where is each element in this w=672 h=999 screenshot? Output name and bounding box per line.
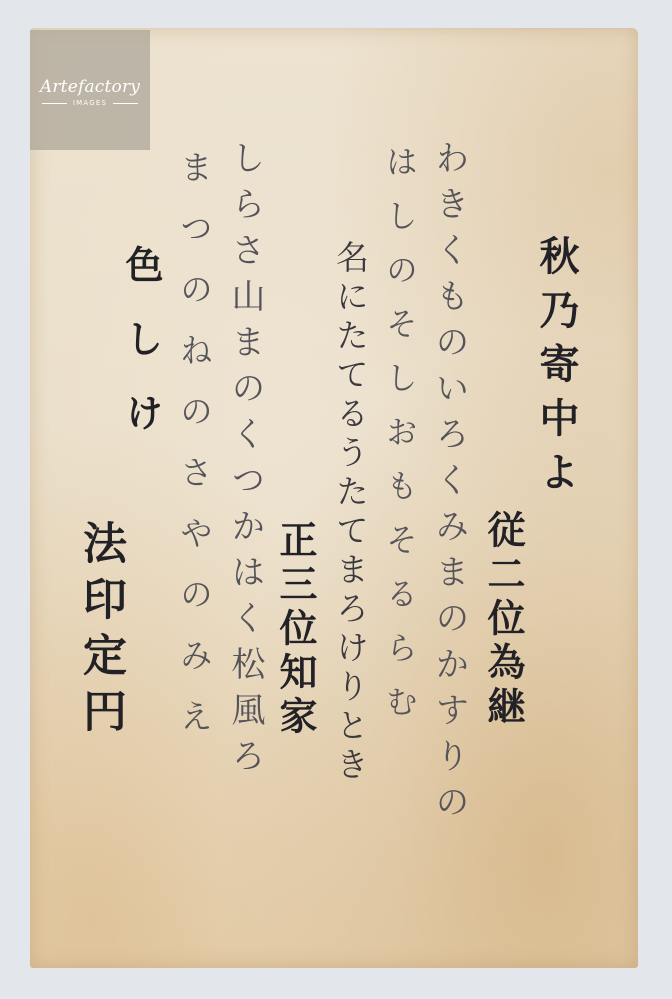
watermark-brand: Artefactory [40,77,140,97]
poem2-line2-column: まつのねのさやのみえ [178,150,211,760]
author-column-tomoie: 正三位知家 [276,520,314,740]
poem-title-column: 秋乃寄中よ [536,235,576,505]
poem1-line3-column: 名にたてるうたてまろけりとき [334,240,367,786]
watermark-rule-left [42,103,67,104]
poem1-line1-column: わきくものいろくみまのかすりの [432,140,466,830]
watermark-sub: IMAGES [73,99,107,107]
watermark-subline: IMAGES [42,99,138,107]
poem1-line2-column: はしのそしおもそるらむ [384,145,416,739]
author-column-joen: 法印定円 [78,520,122,744]
poem2-line1-column: しらさ山まのくつかはく松風ろ [228,140,262,784]
author-column-tametsugu: 従二位為継 [484,510,522,730]
artefactory-watermark: Artefactory IMAGES [30,30,150,150]
poem2-line3-column: 色しけ [122,245,160,467]
watermark-rule-right [113,103,138,104]
